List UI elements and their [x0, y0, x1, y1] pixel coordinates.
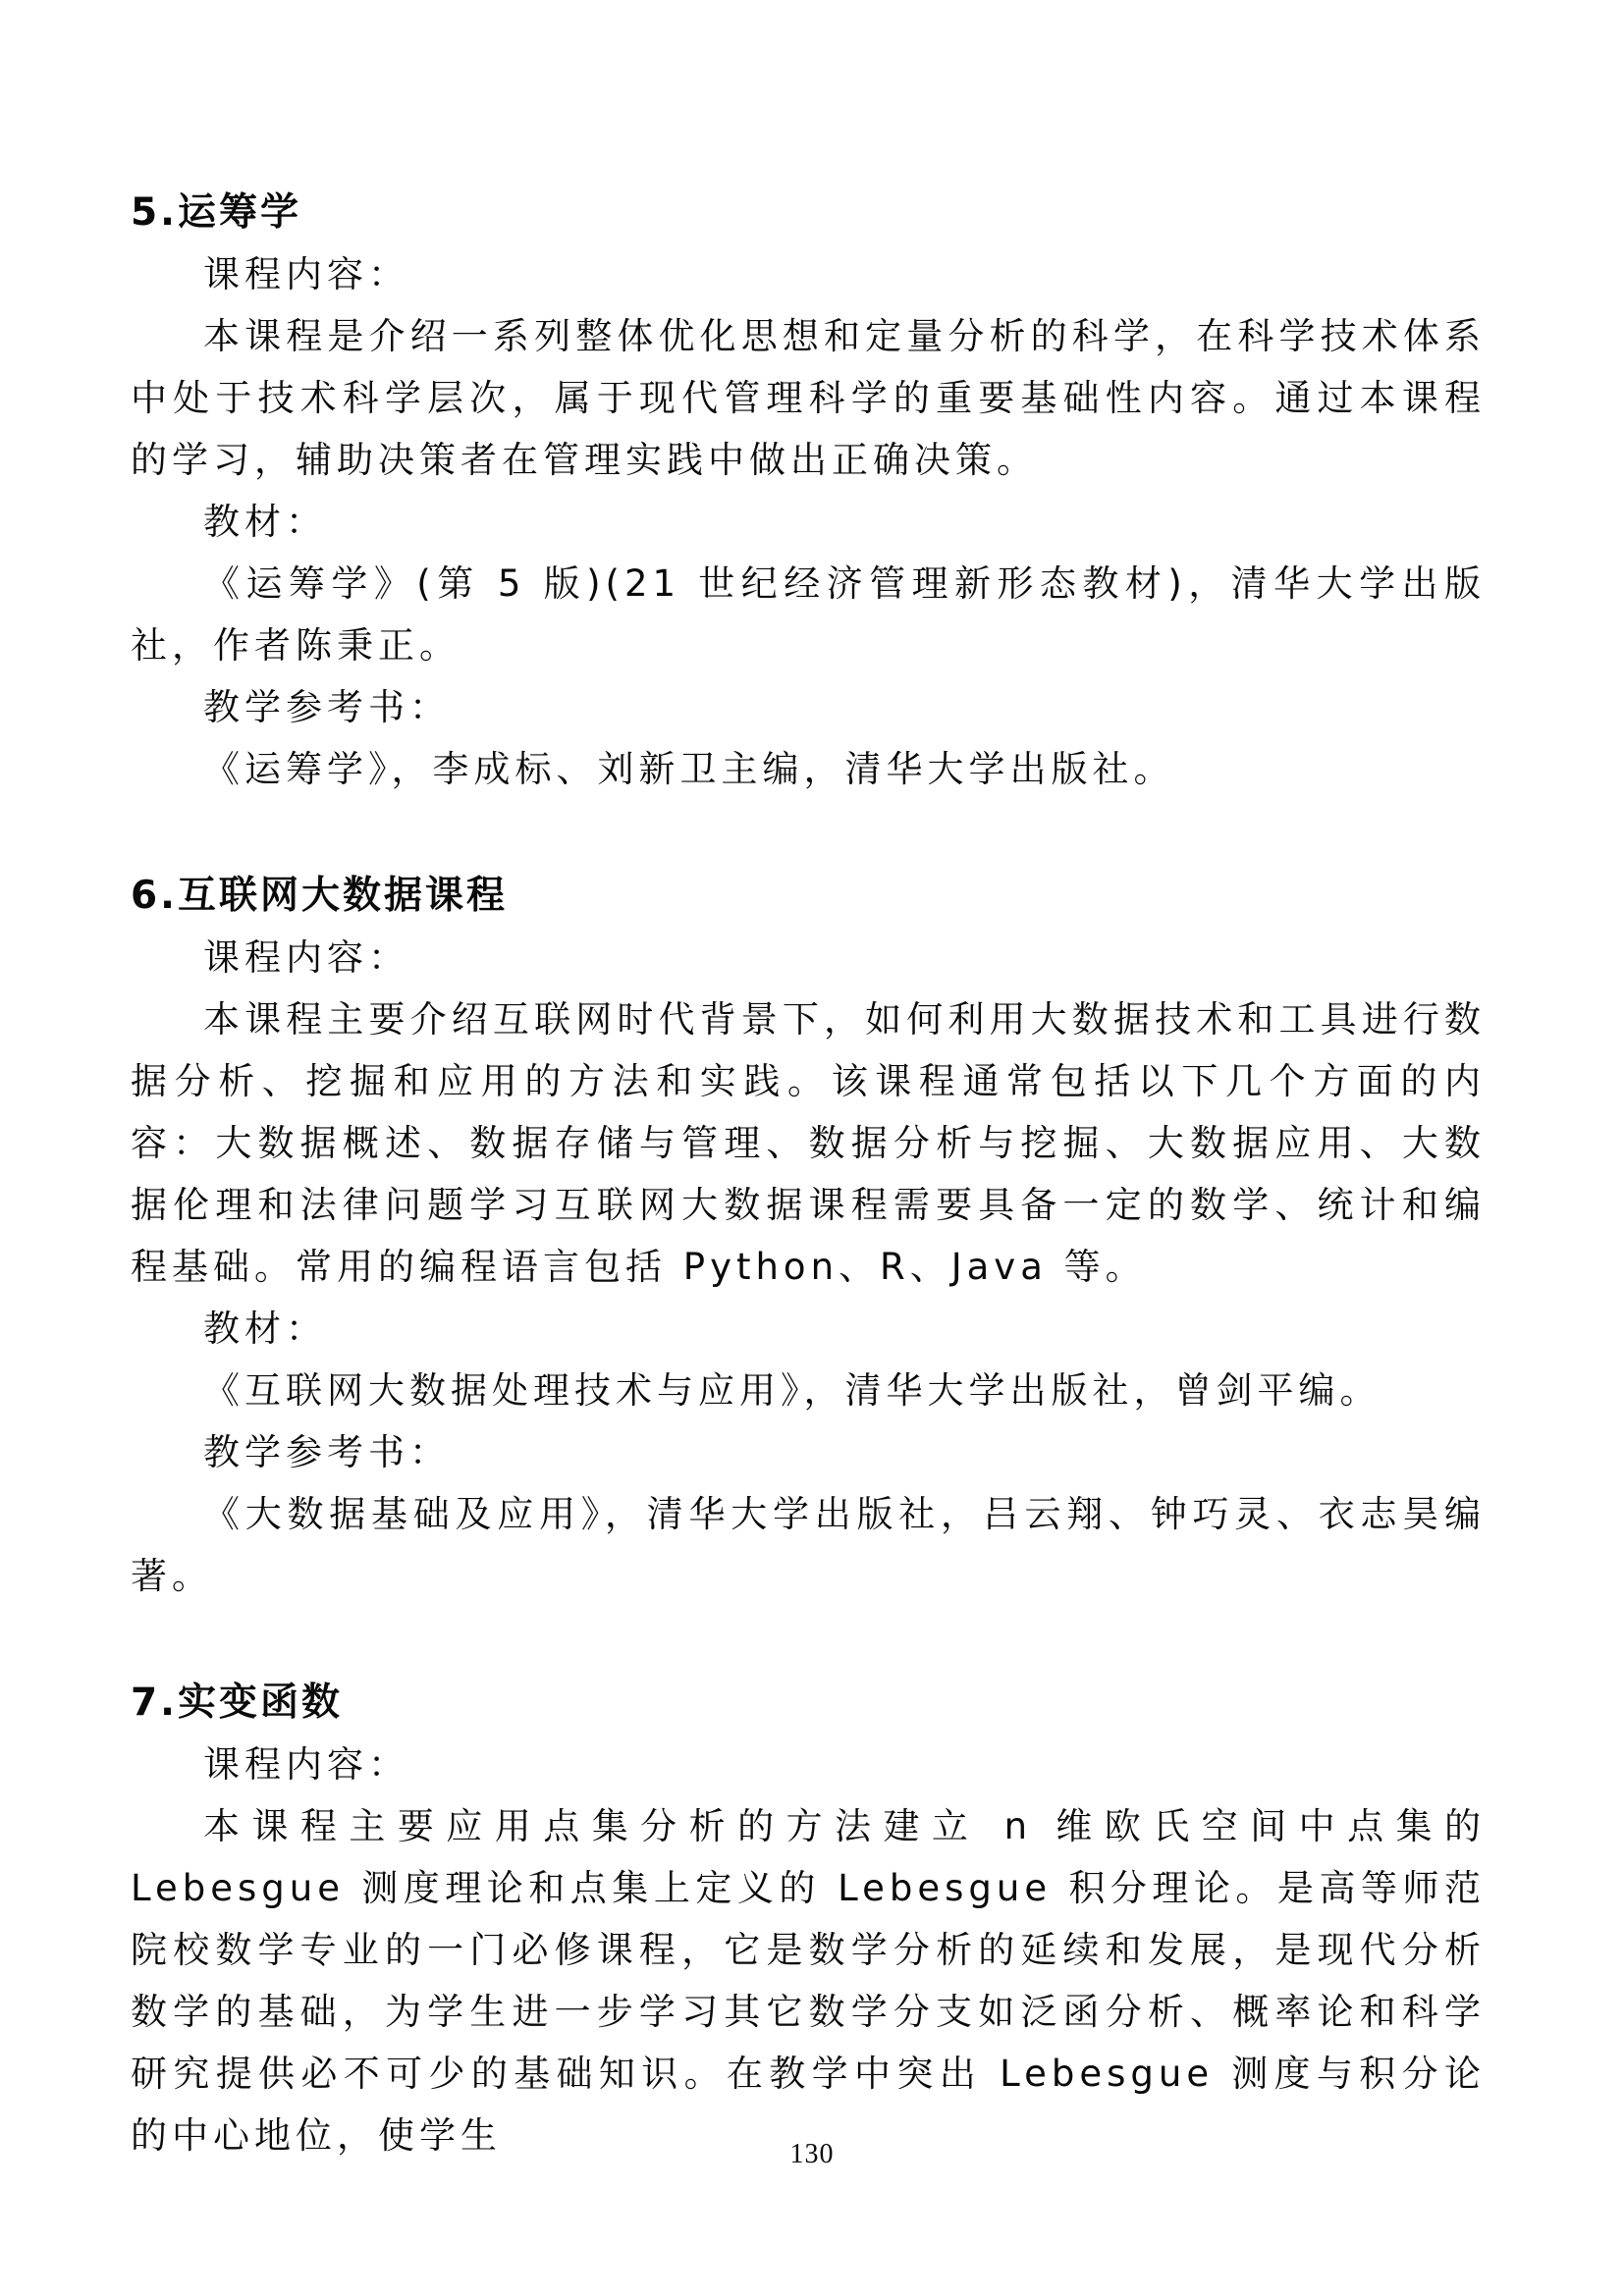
reference-books-paragraph: 《大数据基础及应用》，清华大学出版社，吕云翔、钟巧灵、衣志昊编著。: [131, 1483, 1486, 1607]
page-footer: 130: [0, 2139, 1624, 2170]
textbook-label: 教材：: [131, 491, 1486, 553]
section-heading-operations-research: 5.运筹学: [131, 182, 1486, 243]
section-heading-real-variable-functions: 7.实变函数: [131, 1672, 1486, 1734]
document-page: 5.运筹学 课程内容： 本课程是介绍一系列整体优化思想和定量分析的科学，在科学技…: [0, 0, 1624, 2296]
section-operations-research: 5.运筹学 课程内容： 本课程是介绍一系列整体优化思想和定量分析的科学，在科学技…: [131, 182, 1486, 800]
course-content-paragraph: 本课程主要应用点集分析的方法建立 n 维欧氏空间中点集的 Lebesgue 测度…: [131, 1795, 1486, 2166]
textbook-label: 教材：: [131, 1298, 1486, 1360]
section-internet-big-data: 6.互联网大数据课程 课程内容： 本课程主要介绍互联网时代背景下，如何利用大数据…: [131, 865, 1486, 1607]
course-content-label: 课程内容：: [131, 927, 1486, 988]
textbook-paragraph: 《互联网大数据处理技术与应用》，清华大学出版社，曾剑平编。: [131, 1360, 1486, 1421]
course-content-label: 课程内容：: [131, 243, 1486, 305]
course-content-paragraph: 本课程是介绍一系列整体优化思想和定量分析的科学，在科学技术体系中处于技术科学层次…: [131, 305, 1486, 491]
course-content-paragraph: 本课程主要介绍互联网时代背景下，如何利用大数据技术和工具进行数据分析、挖掘和应用…: [131, 988, 1486, 1298]
section-real-variable-functions: 7.实变函数 课程内容： 本课程主要应用点集分析的方法建立 n 维欧氏空间中点集…: [131, 1672, 1486, 2166]
page-number: 130: [790, 2139, 835, 2169]
reference-books-label: 教学参考书：: [131, 676, 1486, 738]
reference-books-label: 教学参考书：: [131, 1421, 1486, 1483]
textbook-paragraph: 《运筹学》(第 5 版)(21 世纪经济管理新形态教材)，清华大学出版社，作者陈…: [131, 553, 1486, 676]
course-content-label: 课程内容：: [131, 1734, 1486, 1795]
reference-books-paragraph: 《运筹学》，李成标、刘新卫主编，清华大学出版社。: [131, 738, 1486, 800]
section-heading-internet-big-data: 6.互联网大数据课程: [131, 865, 1486, 927]
